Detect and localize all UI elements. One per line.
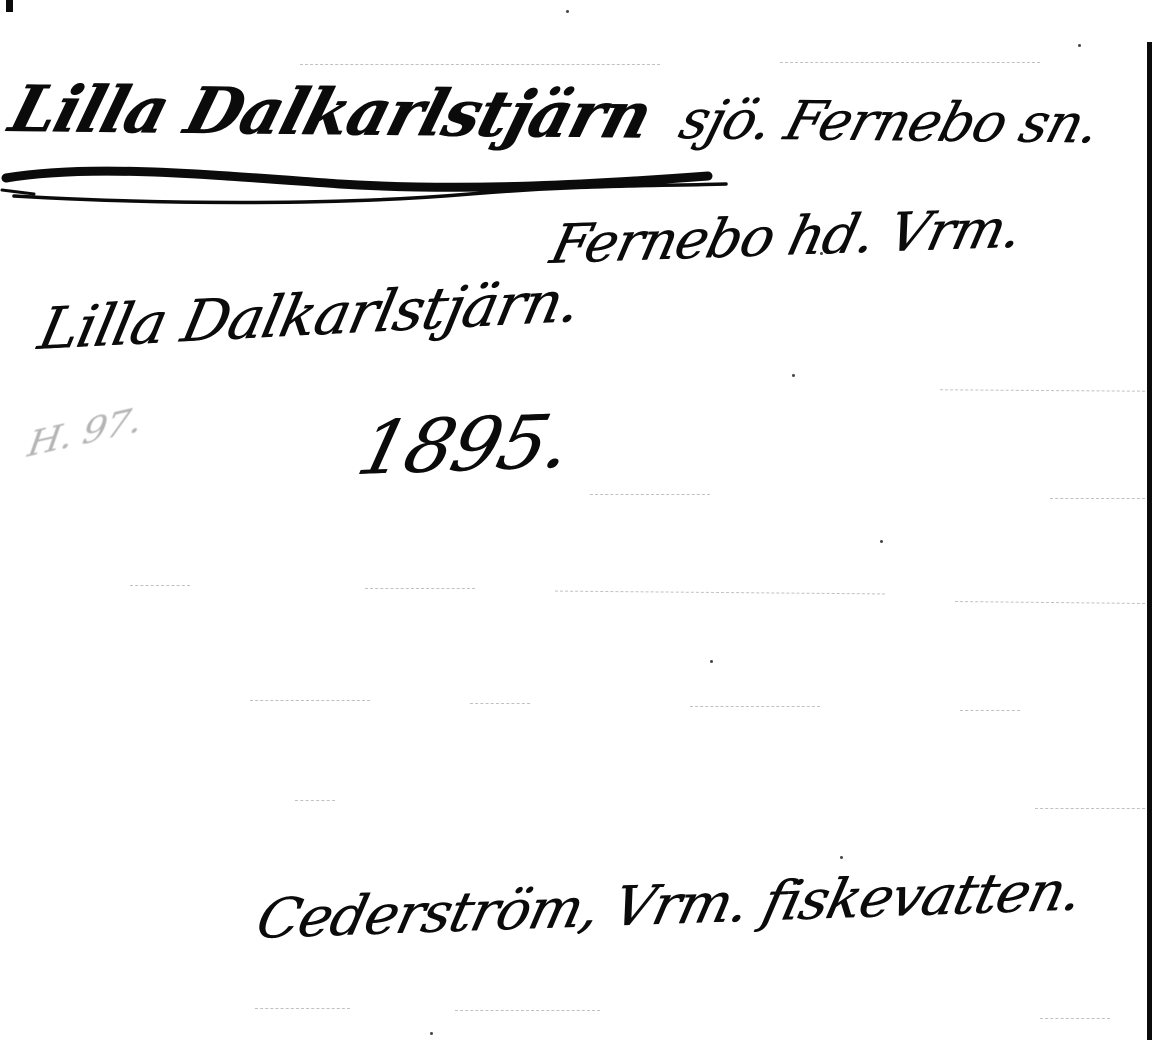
scan-corner-mark: [6, 0, 13, 12]
ruled-line: [690, 706, 820, 707]
scan-speckle: [880, 540, 883, 543]
district-line: Fernebo hd. Vrm.: [546, 202, 1027, 272]
pencil-annotation: H. 97.: [25, 403, 143, 463]
scan-speckle: [430, 1032, 433, 1035]
heading-line: Lilla Dalkarlstjärnsjö. Fernebo sn.: [3, 78, 1107, 153]
scan-speckle: [840, 856, 843, 859]
ruled-line: [130, 585, 190, 586]
ruled-line: [955, 601, 1145, 604]
ruled-line: [455, 1010, 600, 1011]
ruled-line: [1050, 498, 1145, 499]
ruled-line: [470, 703, 530, 704]
ruled-line: [780, 62, 1040, 63]
year-text: 1895.: [351, 405, 578, 486]
heading-annotation: sjö. Fernebo sn.: [673, 88, 1107, 155]
scan-speckle: [566, 10, 569, 13]
source-line: Cederström, Vrm. fiskevatten.: [252, 864, 1087, 947]
ruled-line: [940, 389, 1145, 391]
ruled-line: [1035, 808, 1145, 809]
scan-speckle: [792, 374, 795, 377]
ruled-line: [365, 588, 475, 589]
ruled-line: [555, 591, 885, 595]
scan-speckle: [710, 660, 713, 663]
ruled-line: [300, 64, 660, 65]
scan-speckle: [1078, 44, 1081, 47]
scan-speckle: [820, 252, 823, 255]
ruled-line: [960, 710, 1020, 711]
ruled-line: [255, 1008, 350, 1009]
scanned-card-page: Lilla Dalkarlstjärnsjö. Fernebo sn. Fern…: [0, 0, 1153, 1040]
ruled-line: [250, 700, 370, 701]
lake-name-repeat: Lilla Dalkarlstjärn.: [34, 272, 585, 358]
lake-name-underlined: Lilla Dalkarlstjärn: [2, 72, 659, 154]
scan-edge-line: [1147, 42, 1152, 1040]
ruled-line: [590, 494, 710, 495]
hand-drawn-underline: [0, 150, 740, 220]
ruled-line: [1040, 1018, 1110, 1019]
ruled-line: [295, 800, 335, 801]
